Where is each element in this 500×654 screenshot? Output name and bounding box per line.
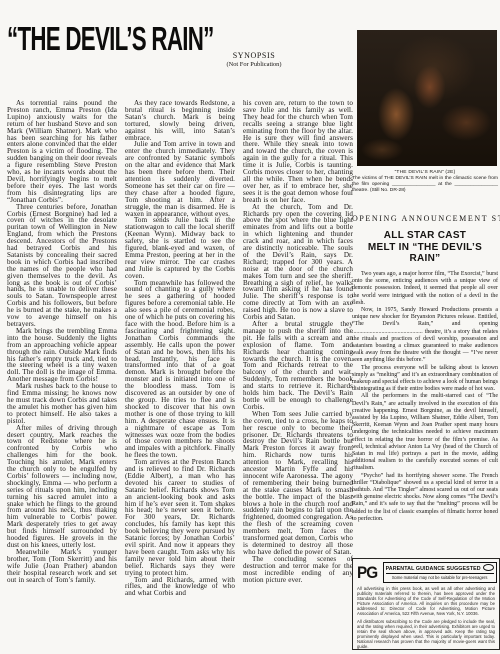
synopsis-note: (Not For Publication) — [222, 61, 286, 68]
right-rail: “THE DEVIL’S RAIN” (2E) The victims of T… — [352, 30, 498, 523]
film-still-image — [357, 30, 497, 166]
still-caption-title: “THE DEVIL’S RAIN” (2E) — [352, 170, 498, 175]
paragraph: Mark rushes back to the house to find Em… — [7, 383, 117, 424]
headline-line-2: MELT IN “THE DEVIL’S RAIN” — [352, 242, 498, 265]
synopsis-column-1: As torrential rains pound the Preston ra… — [7, 100, 117, 597]
paragraph: After a brutal struggle they manage to p… — [243, 321, 353, 411]
paragraph: After miles of driving through desert co… — [7, 425, 117, 549]
announcement-kicker: OPENING ANNOUNCEMENT STORY — [352, 214, 498, 223]
paragraph: Tom arrives at the Preston Ranch and is … — [125, 459, 235, 576]
paragraph: his coven are, return to the town to sav… — [243, 100, 353, 204]
paragraph: Julie and Tom arrive in town and enter t… — [125, 141, 235, 217]
announcement-headline: ALL STAR CAST MELT IN “THE DEVIL’S RAIN” — [352, 230, 498, 265]
paragraph: As they race towards Redstone, a brutal … — [125, 100, 235, 141]
pg-rating-code: PG — [357, 564, 377, 581]
paragraph: Three centuries before, Jonathan Corbis … — [7, 204, 117, 328]
synopsis-columns: As torrential rains pound the Preston ra… — [7, 100, 353, 597]
announcement-story: Two years ago, a major horror film, “The… — [352, 271, 498, 523]
synopsis-label: SYNOPSIS — [222, 51, 286, 60]
paragraph: Tom meanwhile has followed the sound of … — [125, 280, 235, 460]
still-caption: The victims of THE DEVIL’S RAIN melt in … — [352, 176, 498, 193]
paragraph: All distributors subscribing to the Code… — [357, 619, 495, 649]
rating-sublabel: Some material may not be suitable for pr… — [386, 573, 494, 580]
synopsis-column-2: As they race towards Redstone, a brutal … — [125, 100, 235, 597]
rating-box: PG PARENTAL GUIDANCE SUGGESTED Some mate… — [352, 558, 500, 650]
synopsis-tag: SYNOPSIS (Not For Publication) — [222, 51, 286, 68]
paragraph: “Psycho” had its horrifying shower scene… — [352, 473, 498, 523]
rating-header: PG PARENTAL GUIDANCE SUGGESTED Some mate… — [357, 562, 495, 583]
paragraph: The concluding scenes of destruction and… — [243, 556, 353, 584]
paragraph: At the church, Tom and Dr. Richards pry … — [243, 204, 353, 321]
masthead: “THE DEVIL’S RAIN” SYNOPSIS (Not For Pub… — [7, 20, 294, 60]
rating-label-box: PARENTAL GUIDANCE SUGGESTED Some materia… — [383, 562, 497, 583]
paragraph: Two years ago, a major horror film, “The… — [352, 271, 498, 307]
paragraph: The process everyone will be talking abo… — [352, 365, 498, 394]
paragraph: Now, in 1975, Sandy Howard Productions p… — [352, 307, 498, 365]
headline-line-1: ALL STAR CAST — [352, 230, 498, 242]
paragraph: All the performers in the multi-starred … — [352, 393, 498, 472]
paragraph: Tom sends Julie back in the stationwagon… — [125, 217, 235, 279]
synopsis-column-3: his coven are, return to the town to sav… — [243, 100, 353, 597]
paragraph: Tom and Richards, armed with rifles, and… — [125, 577, 235, 598]
paragraph: When Tom sees Julie carried by the coven… — [243, 411, 353, 556]
paragraph: As torrential rains pound the Preston ra… — [7, 100, 117, 204]
paragraph: Meanwhile Mark’s younger brother, Tom (T… — [7, 549, 117, 584]
rating-label-text: PARENTAL GUIDANCE SUGGESTED — [386, 566, 481, 572]
rating-fine-print: All advertising in this press book, as w… — [357, 586, 495, 650]
page-title: “THE DEVIL’S RAIN” — [7, 20, 214, 59]
paragraph: Mark brings the trembling Emma into the … — [7, 328, 117, 383]
pressbook-page: “THE DEVIL’S RAIN” SYNOPSIS (Not For Pub… — [0, 0, 500, 654]
paragraph: All advertising in this press book, as w… — [357, 586, 495, 616]
rating-label: PARENTAL GUIDANCE SUGGESTED — [386, 564, 494, 572]
mpaa-seal-icon — [483, 564, 494, 571]
